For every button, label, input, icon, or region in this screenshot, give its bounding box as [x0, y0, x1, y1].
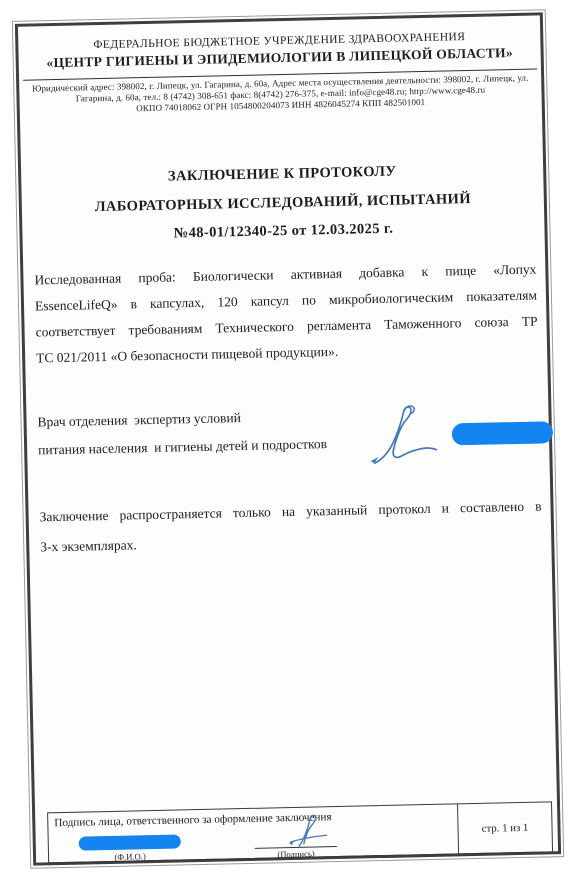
document-page-frame: ФЕДЕРАЛЬНОЕ БЮДЖЕТНОЕ УЧРЕЖДЕНИЕ ЗДРАВОО… — [15, 12, 561, 865]
footer-sign-caption: (Подпись) — [255, 848, 337, 860]
validity-note-paragraph: Заключение распространяется только на ук… — [39, 491, 542, 562]
page-number: стр. 1 из 1 — [458, 802, 552, 853]
doctor-signature-handwriting — [363, 398, 440, 475]
document-title: ЗАКЛЮЧЕНИЕ К ПРОТОКОЛУ ЛАБОРАТОРНЫХ ИССЛ… — [21, 154, 545, 251]
footer-fio-caption: (Ф.И.О.) — [79, 850, 181, 862]
signatory-block: Врач отделения экспертиз условий питания… — [37, 398, 541, 489]
doctor-name-redaction — [452, 421, 553, 445]
organization-header: ФЕДЕРАЛЬНОЕ БЮДЖЕТНОЕ УЧРЕЖДЕНИЕ ЗДРАВОО… — [18, 27, 541, 72]
contact-info-block: Юридический адрес: 398002, г. Липецк, ул… — [24, 73, 537, 117]
sample-conclusion-paragraph: Исследованная проба: Биологически активн… — [34, 257, 538, 372]
footer-name-redaction — [79, 834, 181, 850]
footer-responsible-label: Подпись лица, ответственного за оформлен… — [54, 809, 451, 831]
footer-signature-table: Подпись лица, ответственного за оформлен… — [47, 801, 553, 863]
footer-signature-handwriting — [276, 808, 339, 849]
footer-left-cell: Подпись лица, ответственного за оформлен… — [48, 804, 459, 862]
